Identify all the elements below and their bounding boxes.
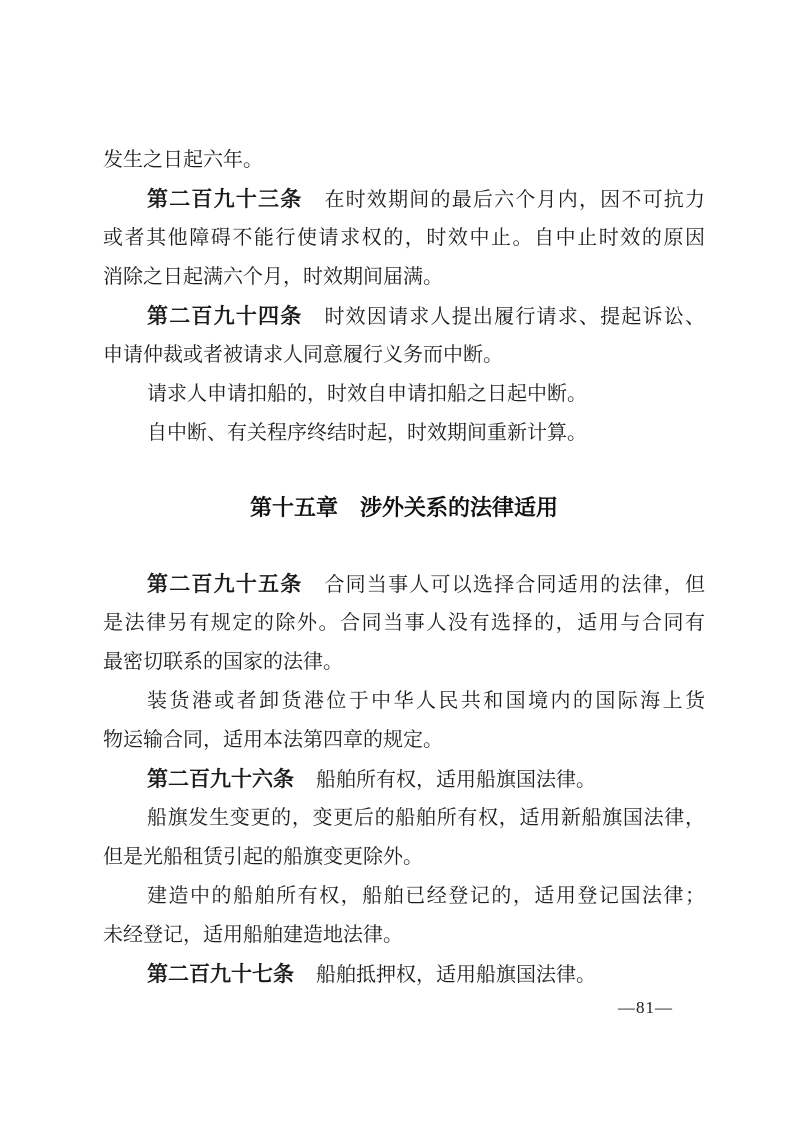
text-line: 或者其他障碍不能行使请求权的，时效中止。自中止时效的原因 [103,219,705,258]
text-line: 消除之日起满六个月，时效期间届满。 [103,258,705,297]
document-content: 发生之日起六年。第二百九十三条在时效期间的最后六个月内，因不可抗力或者其他障碍不… [103,141,705,994]
line-text: 装货港或者卸货港位于中华人民共和国境内的国际海上货 [147,690,705,712]
line-text: 自中断、有关程序终结时起，时效期间重新计算。 [147,422,587,444]
page-number: —81— [0,996,673,1020]
text-line: 建造中的船舶所有权，船舶已经登记的，适用登记国法律； [103,877,705,916]
text-line: 船旗发生变更的，变更后的船舶所有权，适用新船旗国法律， [103,799,705,838]
line-text: 但是光船租赁引起的船旗变更除外。 [103,846,423,868]
line-text: 时效因请求人提出履行请求、提起诉讼、 [324,306,705,328]
text-line: 最密切联系的国家的法律。 [103,643,705,682]
article-number: 第二百九十四条 [147,305,302,328]
line-text: 请求人申请扣船的，时效自申请扣船之日起中断。 [147,383,587,405]
text-line: 发生之日起六年。 [103,141,705,180]
article-number: 第二百九十七条 [147,963,294,986]
line-text: 申请仲裁或者被请求人同意履行义务而中断。 [103,344,503,366]
text-line: 是法律另有规定的除外。合同当事人没有选择的，适用与合同有 [103,604,705,643]
line-text: 船旗发生变更的，变更后的船舶所有权，适用新船旗国法律， [147,807,705,829]
article-text-block-top: 发生之日起六年。第二百九十三条在时效期间的最后六个月内，因不可抗力或者其他障碍不… [103,141,705,453]
text-line: 申请仲裁或者被请求人同意履行义务而中断。 [103,336,705,375]
chapter-heading: 第十五章 涉外关系的法律适用 [103,488,705,527]
text-line: 物运输合同，适用本法第四章的规定。 [103,721,705,760]
text-line: 但是光船租赁引起的船旗变更除外。 [103,838,705,877]
text-line: 请求人申请扣船的，时效自申请扣船之日起中断。 [103,375,705,414]
article-line: 第二百九十四条时效因请求人提出履行请求、提起诉讼、 [103,297,705,336]
article-number: 第二百九十五条 [147,573,302,596]
line-text: 是法律另有规定的除外。合同当事人没有选择的，适用与合同有 [103,612,705,634]
text-line: 装货港或者卸货港位于中华人民共和国境内的国际海上货 [103,682,705,721]
article-number: 第二百九十六条 [147,768,294,791]
article-line: 第二百九十三条在时效期间的最后六个月内，因不可抗力 [103,180,705,219]
line-text: 船舶所有权，适用船旗国法律。 [316,769,596,791]
line-text: 消除之日起满六个月，时效期间届满。 [103,266,443,288]
line-text: 未经登记，适用船舶建造地法律。 [103,924,403,946]
line-text: 最密切联系的国家的法律。 [103,651,343,673]
article-number: 第二百九十三条 [147,188,302,211]
article-line: 第二百九十五条合同当事人可以选择合同适用的法律，但 [103,565,705,604]
line-text: 物运输合同，适用本法第四章的规定。 [103,729,443,751]
article-text-block-bottom: 第二百九十五条合同当事人可以选择合同适用的法律，但是法律另有规定的除外。合同当事… [103,565,705,994]
line-text: 船舶抵押权，适用船旗国法律。 [316,964,596,986]
line-text: 或者其他障碍不能行使请求权的，时效中止。自中止时效的原因 [103,227,705,249]
text-line: 未经登记，适用船舶建造地法律。 [103,916,705,955]
line-text: 发生之日起六年。 [103,149,263,171]
line-text: 建造中的船舶所有权，船舶已经登记的，适用登记国法律； [147,885,705,907]
document-page: 发生之日起六年。第二百九十三条在时效期间的最后六个月内，因不可抗力或者其他障碍不… [0,0,793,1122]
text-line: 自中断、有关程序终结时起，时效期间重新计算。 [103,414,705,453]
line-text: 在时效期间的最后六个月内，因不可抗力 [324,189,705,211]
line-text: 合同当事人可以选择合同适用的法律，但 [324,574,705,596]
article-line: 第二百九十六条船舶所有权，适用船旗国法律。 [103,760,705,799]
article-line: 第二百九十七条船舶抵押权，适用船旗国法律。 [103,955,705,994]
